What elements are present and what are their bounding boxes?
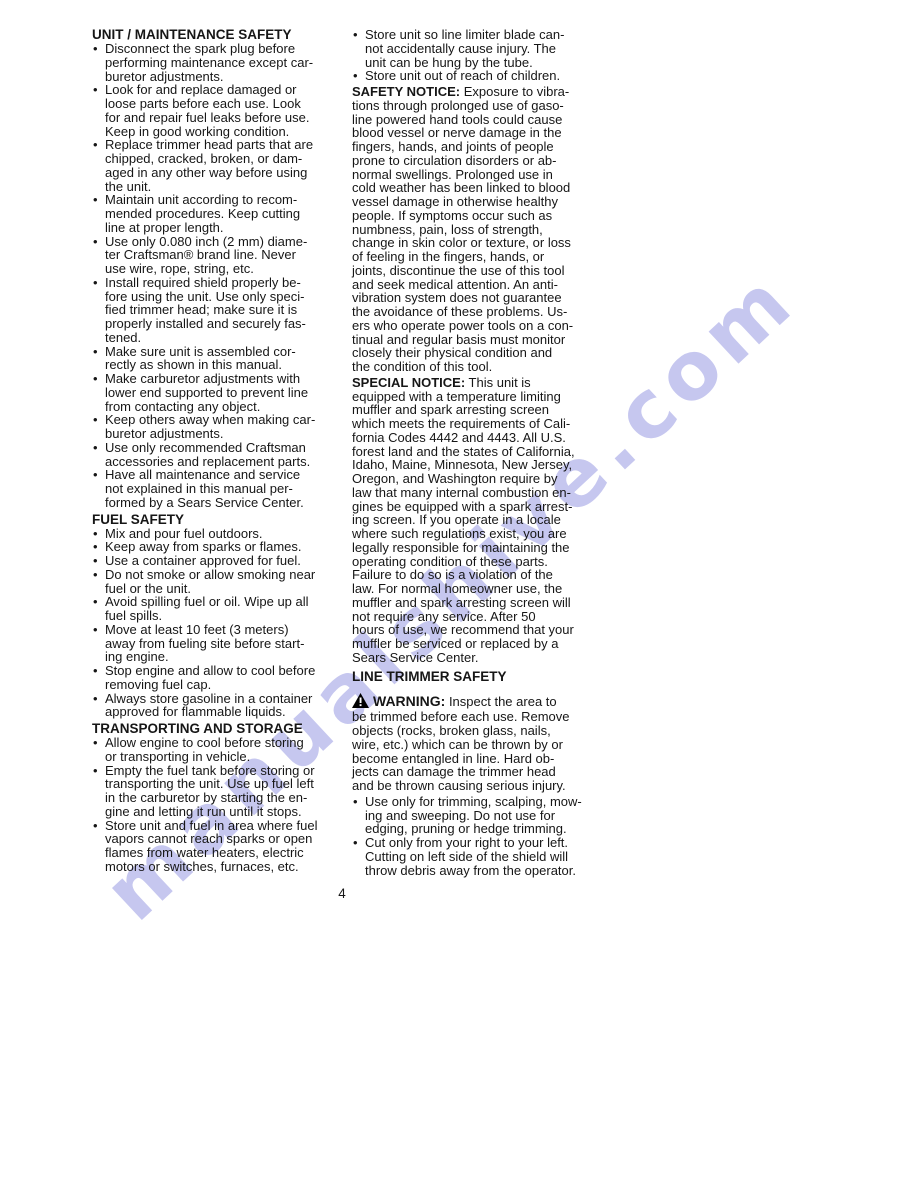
list-item: •Store unit out of reach of children. (352, 69, 600, 83)
bullet-icon: • (93, 441, 98, 455)
bullet-icon: • (353, 28, 358, 42)
bullet-icon: • (93, 764, 98, 778)
bullet-icon: • (93, 568, 98, 582)
bullet-icon: • (93, 83, 98, 97)
bullet-icon: • (93, 540, 98, 554)
page-number: 4 (92, 886, 592, 901)
bullet-icon: • (93, 595, 98, 609)
bullet-icon: • (353, 69, 358, 83)
bullet-icon: • (93, 235, 98, 249)
list-item: •Mix and pour fuel outdoors. (92, 527, 340, 541)
list-item: •Keep away from sparks or flames. (92, 540, 340, 554)
bullet-icon: • (93, 819, 98, 833)
warning-label: WARNING: (373, 693, 445, 709)
section-heading-unit-maintenance-safety: UNIT / MAINTENANCE SAFETY (92, 28, 340, 42)
list-item: •Look for and replace damaged or loose p… (92, 83, 340, 138)
bullet-icon: • (93, 413, 98, 427)
bullet-icon: • (93, 345, 98, 359)
list-item: •Maintain unit according to recom- mende… (92, 193, 340, 234)
list-item: •Disconnect the spark plug before perfor… (92, 42, 340, 83)
list-item: •Move at least 10 feet (3 meters) away f… (92, 623, 340, 664)
bullet-icon: • (93, 623, 98, 637)
list-item: •Allow engine to cool before storing or … (92, 736, 340, 764)
list-item: •Keep others away when making car- buret… (92, 413, 340, 441)
bullet-icon: • (93, 736, 98, 750)
section-heading-fuel-safety: FUEL SAFETY (92, 513, 340, 527)
bullet-icon: • (93, 276, 98, 290)
list-item: •Stop engine and allow to cool before re… (92, 664, 340, 692)
section-heading-transporting-storage: TRANSPORTING AND STORAGE (92, 722, 340, 736)
list-item: •Make sure unit is assembled cor- rectly… (92, 345, 340, 373)
bullet-icon: • (93, 372, 98, 386)
bullet-icon: • (353, 836, 358, 850)
bullet-icon: • (353, 795, 358, 809)
list-item: •Replace trimmer head parts that are chi… (92, 138, 340, 193)
list-item: •Store unit and fuel in area where fuel … (92, 819, 340, 874)
bullet-icon: • (93, 468, 98, 482)
list-item: •Store unit so line limiter blade can- n… (352, 28, 600, 69)
bullet-icon: • (93, 664, 98, 678)
section-heading-line-trimmer-safety: LINE TRIMMER SAFETY (352, 670, 600, 684)
list-item: •Avoid spilling fuel or oil. Wipe up all… (92, 595, 340, 623)
list-item: •Use a container approved for fuel. (92, 554, 340, 568)
bullet-icon: • (93, 554, 98, 568)
list-item: •Use only 0.080 inch (2 mm) diame- ter C… (92, 235, 340, 276)
list-item: •Use only recommended Craftsman accessor… (92, 441, 340, 469)
bullet-icon: • (93, 42, 98, 56)
warning-paragraph: WARNING: Inspect the area to be trimmed … (352, 693, 600, 793)
bullet-icon: • (93, 193, 98, 207)
safety-notice-paragraph: SAFETY NOTICE: Exposure to vibra- tions … (352, 85, 600, 374)
bullet-icon: • (93, 527, 98, 541)
list-item: •Empty the fuel tank before storing or t… (92, 764, 340, 819)
warning-triangle-icon (352, 693, 369, 711)
bullet-icon: • (93, 138, 98, 152)
list-item: •Use only for trimming, scalping, mow- i… (352, 795, 600, 836)
list-item: •Install required shield properly be- fo… (92, 276, 340, 345)
special-notice-paragraph: SPECIAL NOTICE: This unit is equipped wi… (352, 376, 600, 665)
list-item: •Do not smoke or allow smoking near fuel… (92, 568, 340, 596)
right-column: •Store unit so line limiter blade can- n… (352, 28, 600, 877)
bullet-icon: • (93, 692, 98, 706)
safety-notice-label: SAFETY NOTICE: (352, 84, 460, 99)
left-column: UNIT / MAINTENANCE SAFETY •Disconnect th… (92, 28, 340, 874)
special-notice-label: SPECIAL NOTICE: (352, 375, 465, 390)
list-item: •Cut only from your right to your left. … (352, 836, 600, 877)
list-item: •Make carburetor adjustments with lower … (92, 372, 340, 413)
list-item: •Always store gasoline in a container ap… (92, 692, 340, 720)
list-item: •Have all maintenance and service not ex… (92, 468, 340, 509)
